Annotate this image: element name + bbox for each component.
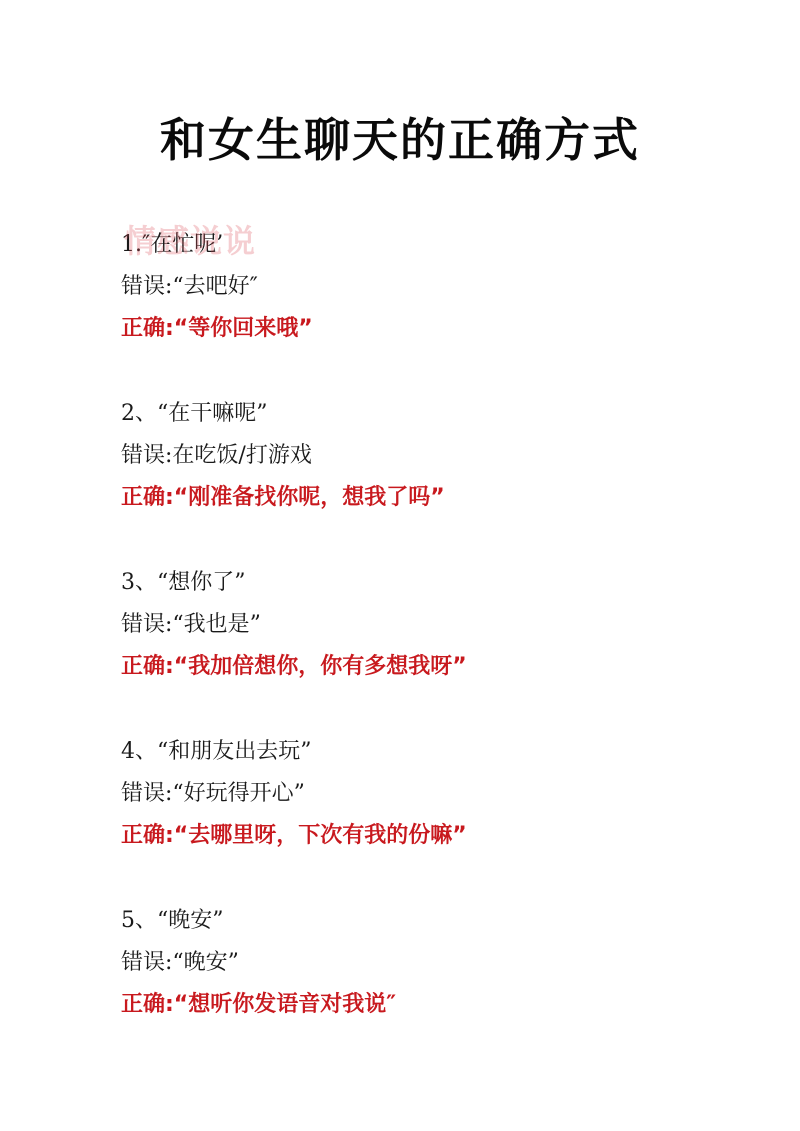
tip-question: 2、“在干嘛呢” <box>121 393 761 435</box>
tip-correct-answer: 正确:“去哪里呀，下次有我的份嘛” <box>121 815 761 857</box>
tip-correct-answer: 正确:“刚准备找你呢，想我了吗” <box>121 477 761 519</box>
tip-wrong-answer: 错误:“去吧好″ <box>121 266 761 308</box>
tip-item-3: 3、“想你了” 错误:“我也是” 正确:“我加倍想你，你有多想我呀” <box>121 562 761 688</box>
tip-item-4: 4、“和朋友出去玩” 错误:“好玩得开心” 正确:“去哪里呀，下次有我的份嘛” <box>121 731 761 857</box>
tip-wrong-answer: 错误:在吃饭/打游戏 <box>121 435 761 477</box>
tips-list: 1.″在忙呢’ 错误:“去吧好″ 正确:“等你回来哦” 2、“在干嘛呢” 错误:… <box>121 224 761 1069</box>
tip-wrong-answer: 错误:“好玩得开心” <box>121 773 761 815</box>
page-title: 和女生聊天的正确方式 <box>0 104 800 170</box>
tip-item-2: 2、“在干嘛呢” 错误:在吃饭/打游戏 正确:“刚准备找你呢，想我了吗” <box>121 393 761 519</box>
tip-question: 4、“和朋友出去玩” <box>121 731 761 773</box>
tip-wrong-answer: 错误:“我也是” <box>121 604 761 646</box>
tip-correct-answer: 正确:“我加倍想你，你有多想我呀” <box>121 646 761 688</box>
tip-wrong-answer: 错误:“晚安” <box>121 942 761 984</box>
tip-item-5: 5、“晚安” 错误:“晚安” 正确:“想听你发语音对我说″ <box>121 900 761 1026</box>
tip-question: 3、“想你了” <box>121 562 761 604</box>
tip-correct-answer: 正确:“想听你发语音对我说″ <box>121 984 761 1026</box>
watermark: 情感说说 <box>124 216 256 262</box>
tip-correct-answer: 正确:“等你回来哦” <box>121 308 761 350</box>
tip-question: 5、“晚安” <box>121 900 761 942</box>
title-area: 情感说说 和女生聊天的正确方式 <box>0 104 800 174</box>
